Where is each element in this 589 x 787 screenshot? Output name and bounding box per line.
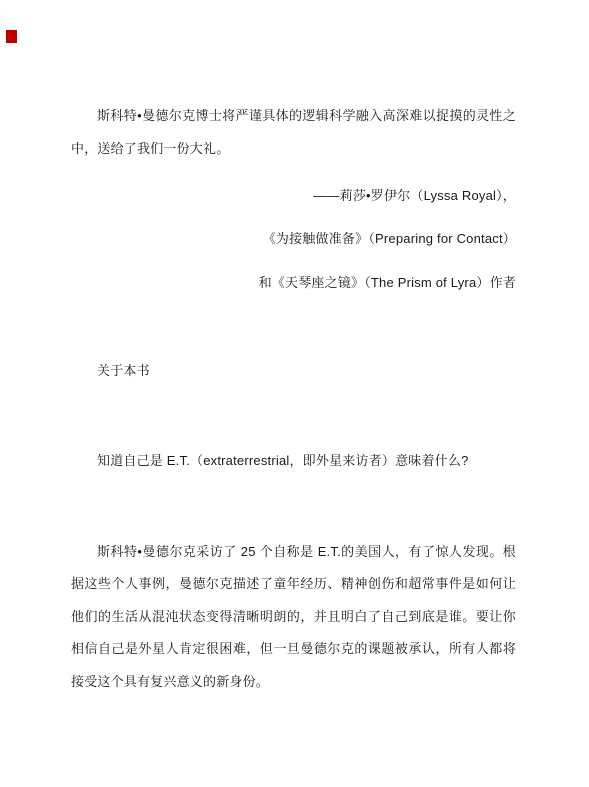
quote-work-title-2: 和《天琴座之镜》（The Prism of Lyra）作者: [71, 267, 516, 300]
quote-work-title-1: 《为接触做准备》（Preparing for Contact）: [71, 223, 516, 256]
quote-paragraph: 斯科特•曼德尔克博士将严谨具体的逻辑科学融入高深难以捉摸的灵性之中，送给了我们一…: [71, 100, 516, 165]
quote-attribution: ——莉莎•罗伊尔（Lyssa Royal），: [71, 180, 516, 213]
section-heading-about-book: 关于本书: [71, 355, 516, 388]
body-paragraph: 斯科特•曼德尔克采访了 25 个自称是 E.T.的美国人，有了惊人发现。根据这些…: [71, 536, 516, 699]
page-text-area: 斯科特•曼德尔克博士将严谨具体的逻辑科学融入高深难以捉摸的灵性之中，送给了我们一…: [71, 0, 516, 698]
corner-red-marker: [6, 30, 17, 43]
lead-question: 知道自己是 E.T.（extraterrestrial，即外星来访者）意味着什么…: [71, 445, 516, 478]
document-page: 斯科特•曼德尔克博士将严谨具体的逻辑科学融入高深难以捉摸的灵性之中，送给了我们一…: [0, 0, 589, 787]
